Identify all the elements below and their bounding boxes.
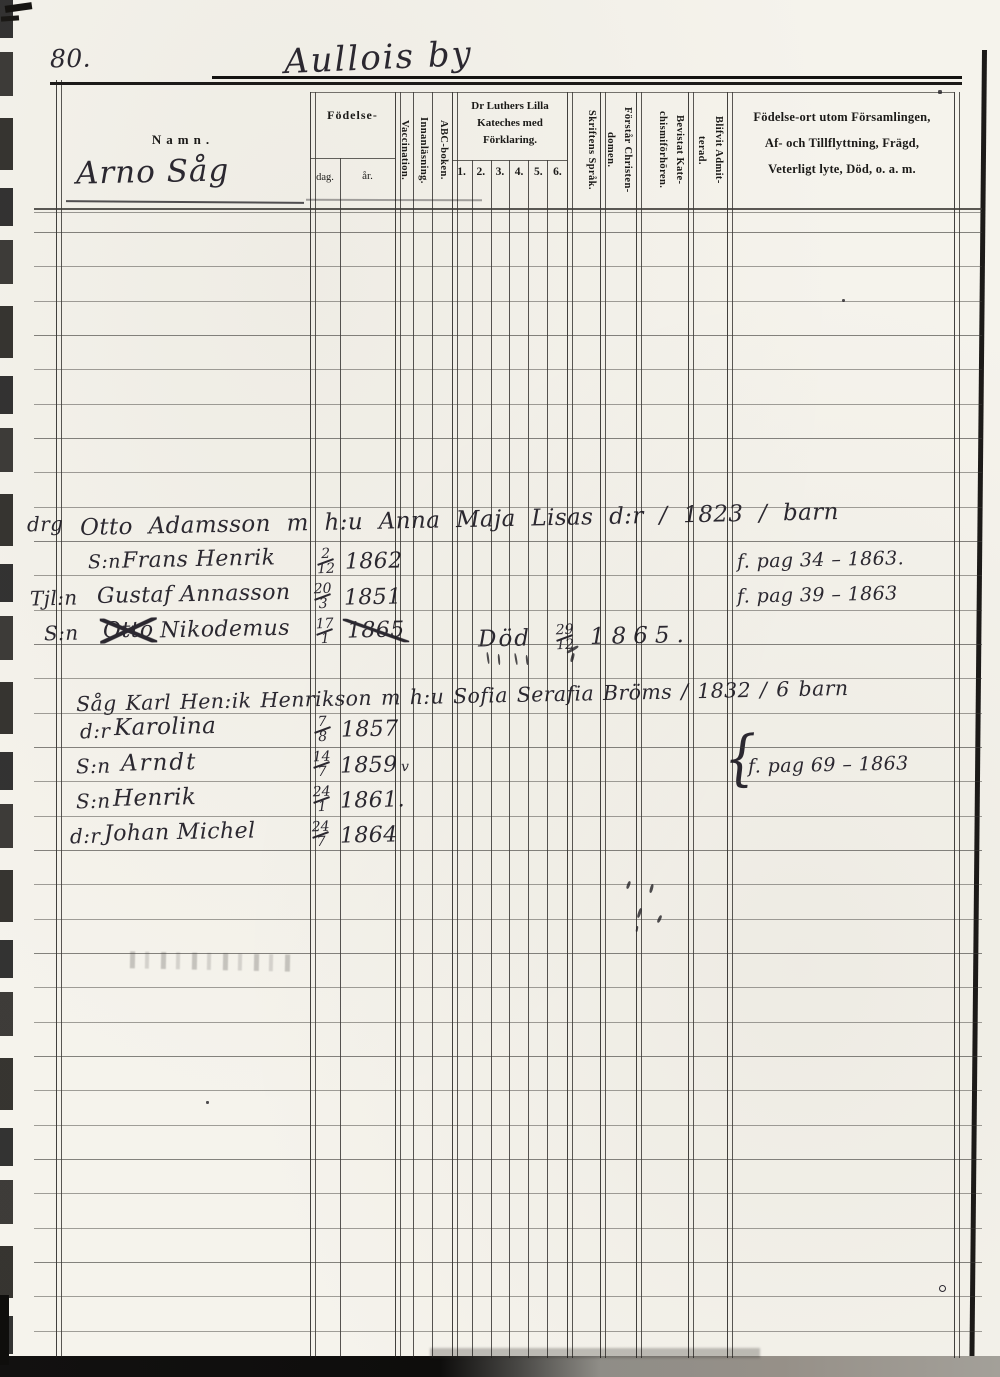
death-label: Död — [478, 625, 532, 652]
ruled-line — [34, 644, 982, 645]
ruled-line — [34, 266, 982, 267]
scan-right-edge — [969, 50, 986, 1370]
column-line — [472, 160, 473, 1358]
birth-day-month: 203 — [314, 584, 333, 610]
label: Förklaring. — [453, 132, 567, 149]
ruled-line — [34, 1228, 982, 1229]
ruled-line — [34, 472, 982, 473]
scan-corner-mark — [1, 15, 19, 21]
header-line — [310, 158, 395, 159]
column-header-abc-boken: ABC-boken. — [432, 94, 452, 206]
scan-bottom-shadow — [430, 1348, 760, 1358]
label: Blifvit Admit- — [710, 94, 727, 206]
entry-name-struck: Otto — [100, 617, 157, 643]
farm-name-handwritten: Arno Såg — [76, 152, 230, 191]
column-line — [954, 92, 960, 1358]
ruled-line — [34, 438, 982, 439]
hand-underline — [66, 200, 304, 203]
kateches-col-4: 4. — [510, 166, 529, 178]
month: 12 — [317, 563, 335, 575]
birth-day-month: 171 — [316, 619, 335, 645]
birth-year: 1859 — [340, 752, 398, 778]
ruled-line — [34, 541, 982, 542]
page-title-village: Aullois by — [283, 34, 473, 82]
ruled-line — [34, 1090, 982, 1091]
header-bottom-line — [34, 208, 982, 210]
month: 8 — [318, 731, 327, 742]
entry-prefix: S:n — [88, 551, 121, 574]
column-line — [547, 160, 548, 1358]
ruled-line — [34, 575, 982, 576]
ruled-line — [34, 1022, 982, 1023]
ruled-line — [34, 713, 982, 714]
ink-mark — [514, 653, 518, 665]
column-line — [528, 160, 529, 1358]
day: 7 — [318, 717, 327, 728]
ruled-line — [34, 507, 982, 508]
column-line — [567, 92, 573, 1358]
label: terad. — [693, 94, 710, 206]
page-number: 80. — [50, 44, 92, 74]
erased-writing-smudge — [130, 951, 295, 971]
ruled-line — [34, 884, 982, 885]
check-mark: v — [401, 759, 410, 775]
birth-day-month: 212 — [317, 549, 336, 575]
column-line — [56, 80, 62, 1358]
header-bottom-line — [34, 212, 982, 213]
column-header-bevistat-katechismiforhoren: Bevistat Kate- chismiförhören. — [636, 94, 688, 206]
entry-prefix: d:r — [80, 719, 111, 744]
month: 3 — [319, 598, 328, 609]
month: 7 — [318, 766, 327, 777]
ink-mark — [498, 654, 501, 665]
ruled-line — [34, 1262, 982, 1263]
label: ABC-boken. — [435, 94, 452, 206]
ruled-line — [34, 987, 982, 988]
column-line — [395, 92, 401, 1358]
entry-name: Nikodemus — [160, 616, 290, 644]
entry-name: Henrik — [113, 784, 197, 812]
header-line — [310, 92, 954, 93]
header-line — [452, 160, 567, 161]
column-header-ar: år. — [340, 170, 395, 182]
ruled-line — [34, 301, 982, 302]
birth-year: 1857 — [341, 716, 399, 742]
ink-mark — [938, 90, 942, 94]
entry-prefix: S:n — [76, 754, 111, 779]
column-header-innanlasning: Innanläsning. — [413, 94, 432, 206]
label: Af- och Tillflyttning, Frägd, — [733, 130, 951, 156]
entry-name: Gustaf Annasson — [97, 580, 291, 609]
label: Dr Luthers Lilla — [453, 98, 567, 115]
ruled-line — [34, 919, 982, 920]
ink-ring-mark — [939, 1285, 946, 1292]
column-line — [491, 160, 492, 1358]
label: Födelse-ort utom Församlingen, — [733, 104, 951, 130]
top-rule — [212, 76, 962, 79]
ruled-line — [34, 1159, 982, 1160]
month: 7 — [317, 836, 326, 847]
label: Kateches med — [453, 115, 567, 132]
ruled-line — [34, 610, 982, 611]
ruled-line — [34, 678, 982, 679]
ink-mark — [842, 299, 845, 302]
ruled-line — [34, 850, 982, 851]
birth-year: 1851 — [344, 584, 402, 610]
ruled-line — [34, 1331, 982, 1332]
column-line — [452, 92, 458, 1358]
ink-mark — [649, 884, 654, 893]
page-reference-note: f. pag 34 – 1863. — [737, 547, 905, 572]
entry-name: Johan Michel — [104, 818, 256, 846]
ink-mark — [486, 652, 490, 664]
entry-name: Karolina — [114, 713, 217, 741]
label: Förstår Christen- — [619, 94, 636, 206]
month: 1 — [318, 801, 327, 812]
ruled-line — [34, 781, 982, 782]
label: Innanläsning. — [415, 94, 432, 206]
ruled-line — [34, 232, 982, 233]
ruled-line — [34, 1193, 982, 1194]
entry-prefix: Tjl:n — [30, 586, 78, 611]
ruled-line — [34, 747, 982, 748]
column-line — [509, 160, 510, 1358]
ruled-line — [34, 404, 982, 405]
entry-name: Frans Henrik — [122, 545, 276, 573]
column-line — [600, 92, 606, 1358]
ruled-line — [34, 1056, 982, 1057]
column-line — [310, 92, 316, 1358]
birth-day-month: 78 — [314, 717, 332, 743]
scan-edge-blob — [0, 1295, 9, 1365]
column-line — [413, 92, 414, 1358]
entry-head-text: Otto Adamsson m h:u Anna Maja Lisas d:r … — [80, 499, 839, 541]
column-header-fodelse: Födelse- — [310, 108, 395, 123]
scan-bottom-edge — [0, 1356, 1000, 1377]
scan-left-edge — [0, 0, 13, 1377]
ruled-line — [34, 369, 982, 370]
column-header-kateches: Dr Luthers Lilla Kateches med Förklaring… — [453, 98, 567, 149]
scanned-ledger-page: 80. Aullois by Namn. Födelse- dag. år. V… — [0, 0, 1000, 1377]
entry-prefix: S:n — [76, 789, 111, 814]
column-header-remarks: Födelse-ort utom Församlingen, Af- och T… — [733, 104, 951, 182]
top-rule — [50, 82, 962, 85]
ruled-line — [34, 1296, 982, 1297]
entry-prefix: d:r — [70, 824, 101, 849]
column-line — [340, 158, 341, 1358]
ink-mark — [206, 1101, 209, 1104]
page-reference-note: f. pag 69 – 1863 — [748, 752, 909, 777]
ruled-line — [34, 953, 982, 954]
kateches-col-5: 5. — [529, 166, 548, 178]
birth-year: 1864 — [340, 822, 398, 848]
column-line — [688, 92, 694, 1358]
kateches-col-3: 3. — [490, 166, 509, 178]
column-header-namn: Namn. — [58, 132, 308, 148]
ruled-line — [34, 816, 982, 817]
label: Veterligt lyte, Död, o. a. m. — [733, 156, 951, 182]
column-line — [432, 92, 433, 1358]
column-line — [636, 92, 642, 1358]
kateches-col-6: 6. — [548, 166, 567, 178]
label: chismiförhören. — [654, 94, 671, 206]
kateches-col-2: 2. — [471, 166, 490, 178]
ruled-line — [34, 335, 982, 336]
ruled-line — [34, 1125, 982, 1126]
label: Skriftens Språk. — [583, 94, 600, 206]
label: Bevistat Kate- — [671, 94, 688, 206]
column-line — [727, 92, 733, 1358]
page-reference-note: f. pag 39 – 1863 — [737, 582, 898, 607]
entry-name: Arndt — [121, 749, 198, 777]
